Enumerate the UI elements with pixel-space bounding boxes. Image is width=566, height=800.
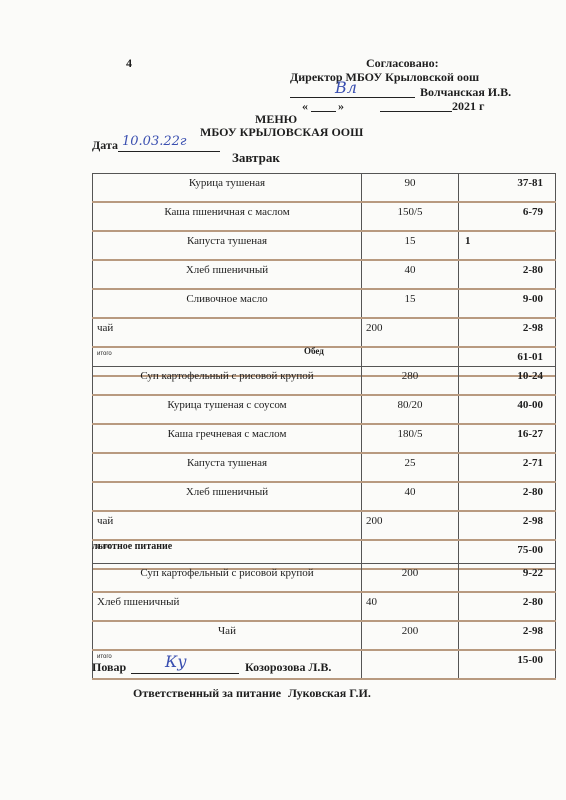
approval-date-close: » — [338, 99, 344, 114]
date-label: Дата — [92, 138, 118, 153]
dish-price: 2-80 — [459, 592, 556, 621]
dish-price: 9-00 — [459, 289, 556, 318]
portion-size: 280 — [362, 367, 459, 396]
subsidized-title: льготное питание — [92, 541, 172, 552]
dish-name: Хлеб пшеничный — [93, 482, 362, 511]
menu-row: чай2002-98 — [93, 511, 556, 540]
portion-size: 80/20 — [362, 395, 459, 424]
portion-size: 200 — [362, 564, 459, 593]
portion-size: 200 — [362, 511, 459, 540]
approval-position: Директор МБОУ Крыловской оош — [290, 70, 479, 85]
menu-row: Хлеб пшеничный402-80 — [93, 260, 556, 289]
portion-size: 25 — [362, 453, 459, 482]
dish-name: Чай — [93, 621, 362, 650]
menu-row: Каша пшеничная с маслом150/56-79 — [93, 202, 556, 231]
dish-price: 9-22 — [459, 564, 556, 593]
dish-name: чай — [93, 511, 362, 540]
school-name: МБОУ КРЫЛОВСКАЯ ООШ — [200, 125, 363, 140]
dish-name: Капуста тушеная — [93, 231, 362, 260]
portion-size: 40 — [362, 260, 459, 289]
portion-size: 150/5 — [362, 202, 459, 231]
dish-price: 2-80 — [459, 482, 556, 511]
cook-signature: Ку — [165, 652, 187, 671]
portion-size: 200 — [362, 621, 459, 650]
dish-name: Суп картофельный с рисовой крупой — [93, 367, 362, 396]
dish-price: 37-81 — [459, 174, 556, 203]
dish-name: чай — [93, 318, 362, 347]
approval-signature: Вл — [335, 78, 357, 97]
date-value: 10.03.22г — [122, 134, 186, 149]
total-price: 15-00 — [459, 650, 556, 679]
dish-name: Сливочное масло — [93, 289, 362, 318]
menu-row: Суп картофельный с рисовой крупой28010-2… — [93, 367, 556, 396]
dish-price: 10-24 — [459, 367, 556, 396]
lunch-table: Суп картофельный с рисовой крупой28010-2… — [92, 366, 556, 570]
dish-price: 2-98 — [459, 511, 556, 540]
dish-name: Хлеб пшеничный — [93, 260, 362, 289]
responsible-name: Луковская Г.И. — [288, 686, 371, 701]
menu-row: Хлеб пшеничный402-80 — [93, 482, 556, 511]
menu-row: Курица тушеная9037-81 — [93, 174, 556, 203]
dish-price: 2-98 — [459, 621, 556, 650]
menu-row: Суп картофельный с рисовой крупой2009-22 — [93, 564, 556, 593]
cook-name: Козорозова Л.В. — [245, 660, 331, 675]
portion-size — [362, 650, 459, 679]
breakfast-table: Курица тушеная9037-81Каша пшеничная с ма… — [92, 173, 556, 377]
menu-row: Курица тушеная с соусом80/2040-00 — [93, 395, 556, 424]
dish-name: Суп картофельный с рисовой крупой — [93, 564, 362, 593]
dish-price: 2-71 — [459, 453, 556, 482]
dish-name: Каша гречневая с маслом — [93, 424, 362, 453]
menu-row: чай2002-98 — [93, 318, 556, 347]
portion-size: 15 — [362, 289, 459, 318]
portion-size: 180/5 — [362, 424, 459, 453]
cook-label: Повар — [92, 660, 126, 675]
menu-row: Каша гречневая с маслом180/516-27 — [93, 424, 556, 453]
portion-size: 15 — [362, 231, 459, 260]
dish-name: Каша пшеничная с маслом — [93, 202, 362, 231]
lunch-title: Обед — [304, 346, 324, 356]
dish-price: 40-00 — [459, 395, 556, 424]
page-number: 4 — [126, 56, 132, 71]
cook-signature-line — [131, 673, 239, 674]
approval-title: Согласовано: — [366, 56, 439, 71]
dish-name: Курица тушеная — [93, 174, 362, 203]
approval-date-open: « — [302, 99, 308, 114]
portion-size: 90 — [362, 174, 459, 203]
breakfast-title: Завтрак — [232, 150, 280, 166]
date-line — [118, 151, 220, 152]
approval-month-line — [380, 111, 452, 112]
approval-signature-line — [290, 97, 415, 98]
dish-name: Курица тушеная с соусом — [93, 395, 362, 424]
dish-name: Хлеб пшеничный — [93, 592, 362, 621]
menu-row: Чай2002-98 — [93, 621, 556, 650]
approval-name: Волчанская И.В. — [420, 85, 511, 100]
dish-price: 6-79 — [459, 202, 556, 231]
menu-row: Капуста тушеная151 — [93, 231, 556, 260]
approval-year: 2021 г — [452, 99, 484, 114]
dish-name: Капуста тушеная — [93, 453, 362, 482]
menu-row: Капуста тушеная252-71 — [93, 453, 556, 482]
menu-row: Хлеб пшеничный402-80 — [93, 592, 556, 621]
dish-price: 1 — [459, 231, 556, 260]
portion-size: 40 — [362, 592, 459, 621]
responsible-label: Ответственный за питание — [133, 686, 281, 701]
dish-price: 2-80 — [459, 260, 556, 289]
menu-row: Сливочное масло159-00 — [93, 289, 556, 318]
dish-price: 16-27 — [459, 424, 556, 453]
dish-price: 2-98 — [459, 318, 556, 347]
approval-day-line — [311, 111, 336, 112]
portion-size: 200 — [362, 318, 459, 347]
portion-size: 40 — [362, 482, 459, 511]
